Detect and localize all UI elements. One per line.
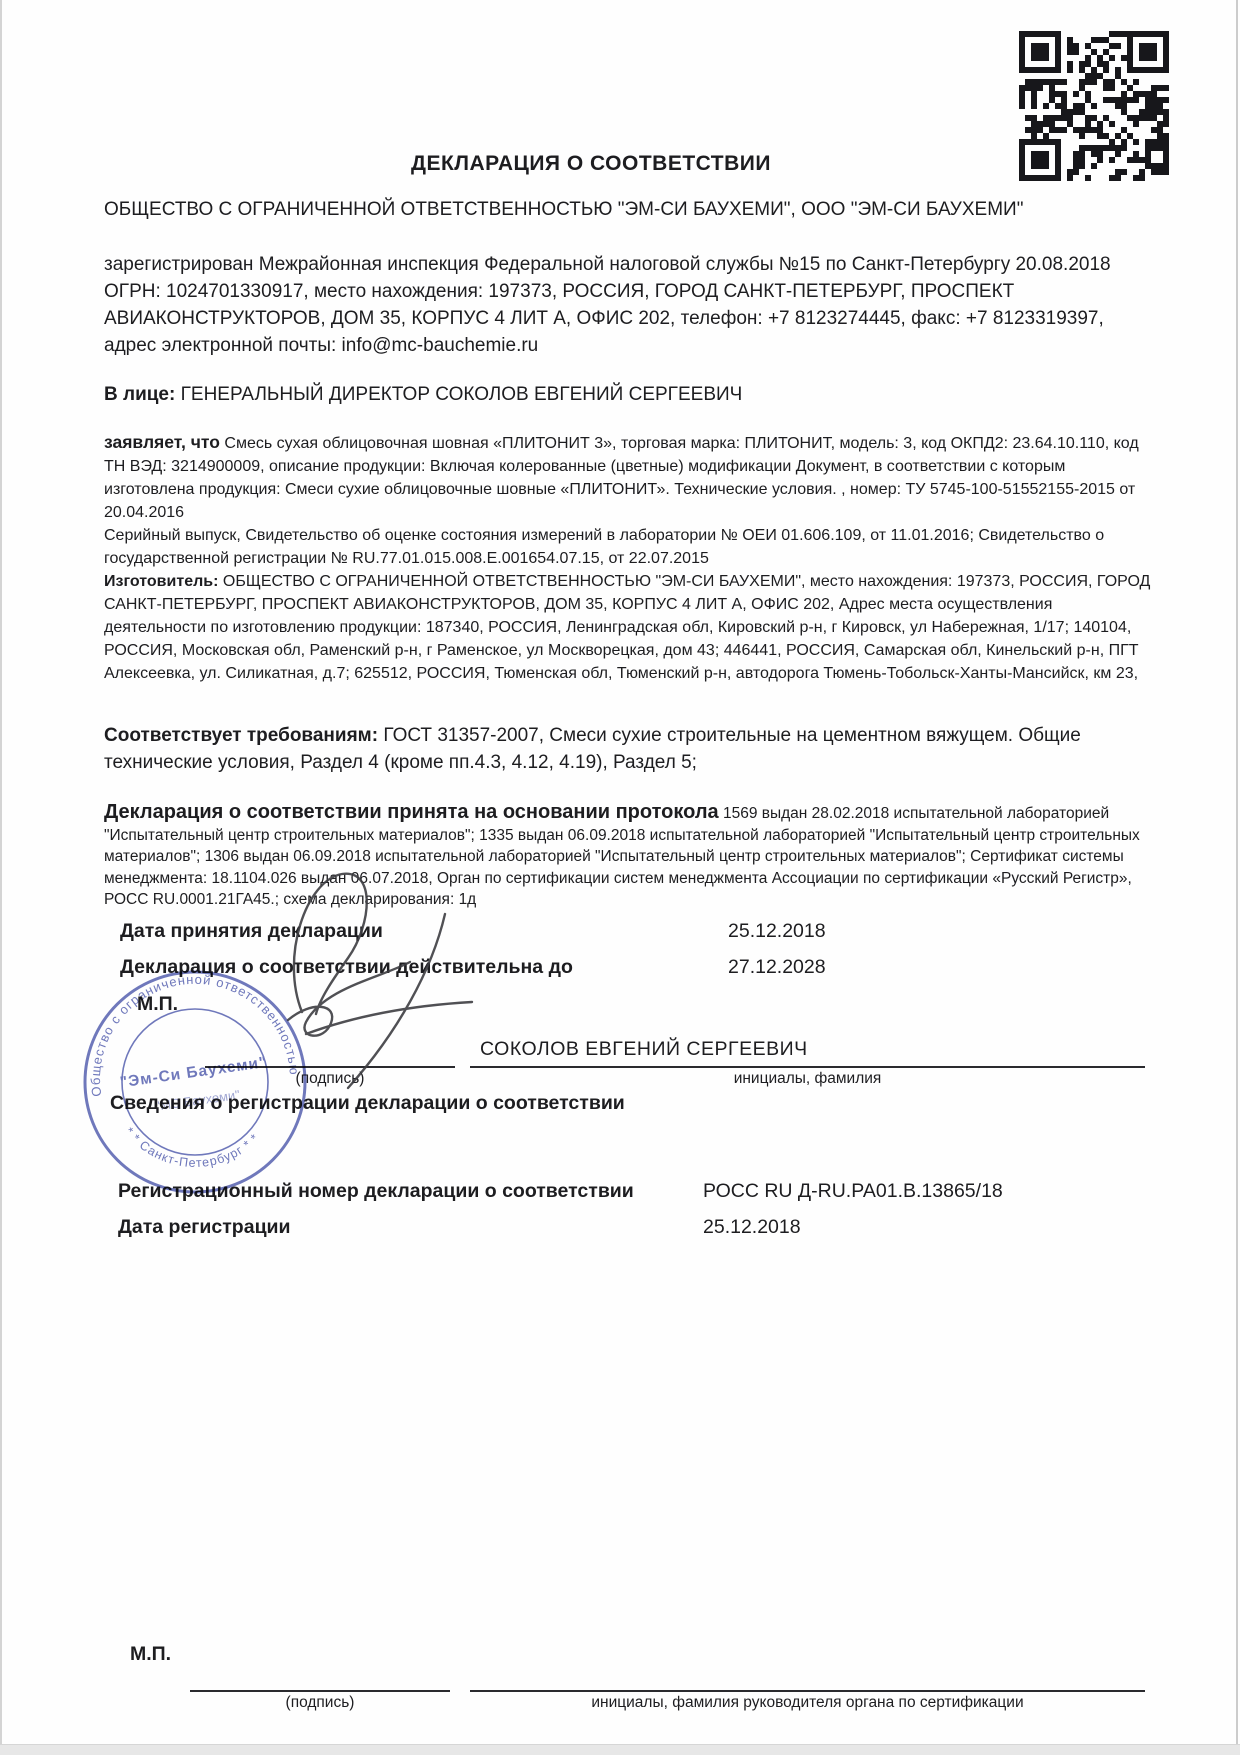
represented-by-line: В лице: ГЕНЕРАЛЬНЫЙ ДИРЕКТОР СОКОЛОВ ЕВГ… [104, 381, 1154, 408]
manufacturer-label: Изготовитель: [104, 573, 218, 590]
footer-name-caption: инициалы, фамилия руководителя органа по… [470, 1694, 1145, 1712]
applicant-registration: зарегистрирован Межрайонная инспекция Фе… [104, 251, 1156, 359]
basis-label: Декларация о соответствии принята на осн… [104, 801, 719, 823]
applicant-name: ОБЩЕСТВО С ОГРАНИЧЕННОЙ ОТВЕТСТВЕННОСТЬЮ… [104, 196, 1154, 223]
name-line: инициалы, фамилия [470, 1066, 1145, 1088]
stamp-inner-line2: "МС Баухеми" [154, 1087, 241, 1114]
footer-seal-label: М.П. [130, 1643, 171, 1666]
signatory-name: СОКОЛОВ ЕВГЕНИЙ СЕРГЕЕВИЧ [480, 1038, 808, 1061]
reg-date-value: 25.12.2018 [703, 1216, 801, 1239]
footer-signature-line: (подпись) [190, 1690, 450, 1712]
declares-text: Смесь сухая облицовочная шовная «ПЛИТОНИ… [104, 435, 1139, 521]
scan-edge-left [0, 0, 2, 1755]
name-caption: инициалы, фамилия [470, 1070, 1145, 1088]
valid-until-value: 27.12.2028 [728, 956, 826, 979]
compliance-label: Соответствует требованиям: [104, 725, 378, 746]
footer-signature-caption: (подпись) [190, 1694, 450, 1712]
declares-label: заявляет, что [104, 432, 220, 452]
reg-date-label: Дата регистрации [118, 1216, 291, 1239]
declares-paragraph: заявляет, что Смесь сухая облицовочная ш… [104, 431, 1158, 524]
adoption-date-value: 25.12.2018 [728, 920, 826, 943]
product-block: заявляет, что Смесь сухая облицовочная ш… [104, 431, 1158, 685]
reg-number-value: РОСС RU Д-RU.РА01.В.13865/18 [703, 1180, 1003, 1203]
svg-text:* * Санкт-Петербург * *: * * Санкт-Петербург * * [122, 1125, 262, 1170]
manufacturer-text: ОБЩЕСТВО С ОГРАНИЧЕННОЙ ОТВЕТСТВЕННОСТЬЮ… [104, 573, 1150, 682]
stamp-ring-text-bottom: * * Санкт-Петербург * * [122, 1125, 262, 1170]
footer-name-line: инициалы, фамилия руководителя органа по… [470, 1690, 1145, 1712]
page-title: ДЕКЛАРАЦИЯ О СООТВЕТСТВИИ [0, 152, 1182, 176]
declaration-document: ДЕКЛАРАЦИЯ О СООТВЕТСТВИИ ОБЩЕСТВО С ОГР… [0, 0, 1240, 1755]
represented-by-label: В лице: [104, 384, 175, 405]
manufacturer-paragraph: Изготовитель: ОБЩЕСТВО С ОГРАНИЧЕННОЙ ОТ… [104, 570, 1158, 685]
signature [240, 862, 490, 1092]
scan-edge-bottom [0, 1744, 1240, 1755]
serial-paragraph: Серийный выпуск, Свидетельство об оценке… [104, 524, 1158, 570]
compliance-paragraph: Соответствует требованиям: ГОСТ 31357-20… [104, 722, 1154, 776]
represented-by-value: ГЕНЕРАЛЬНЫЙ ДИРЕКТОР СОКОЛОВ ЕВГЕНИЙ СЕР… [181, 384, 743, 405]
scan-edge-right [1236, 0, 1238, 1755]
